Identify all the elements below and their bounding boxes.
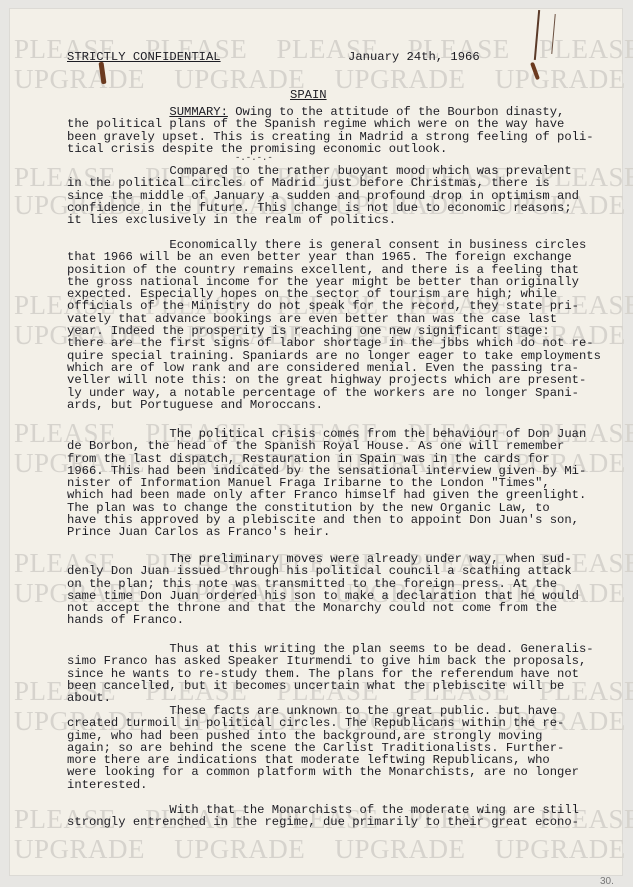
summary-lines: the political plans of the Spanish regim…	[67, 117, 594, 156]
confidential-label: STRICTLY CONFIDENTIAL	[67, 51, 221, 63]
document-date: January 24th, 1966	[348, 51, 480, 63]
paragraph-political-crisis: The political crisis comes from the beha…	[67, 428, 627, 539]
page-number: 30.	[600, 876, 614, 887]
paragraph-mood: Compared to the rather buoyant mood whic…	[67, 165, 627, 226]
paragraph-plan-dead: Thus at this writing the plan seems to b…	[67, 643, 627, 704]
paragraph-turmoil: These facts are unknown to the great pub…	[67, 705, 627, 791]
paragraph-economy: Economically there is general consent in…	[67, 239, 627, 411]
summary-paragraph: SUMMARY: Owing to the attitude of the Bo…	[67, 106, 627, 155]
paragraph-preliminary-moves: The preliminary moves were already under…	[67, 553, 627, 627]
document-title: SPAIN	[290, 89, 327, 101]
paragraph-monarchists: With that the Monarchists of the moderat…	[67, 804, 627, 829]
section-separator: -.-.-.-	[235, 153, 273, 163]
